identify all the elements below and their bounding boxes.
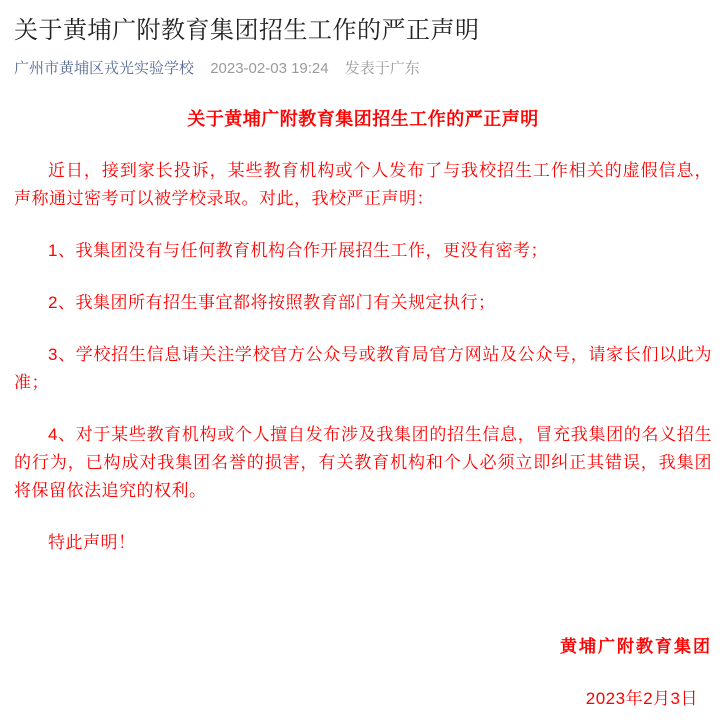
article-title: 关于黄埔广附教育集团招生工作的严正声明	[14, 14, 712, 48]
statement-closing: 特此声明！	[14, 529, 712, 557]
account-name-link[interactable]: 广州市黄埔区戎光实验学校	[14, 60, 194, 77]
statement-intro-paragraph: 近日，接到家长投诉，某些教育机构或个人发布了与我校招生工作相关的虚假信息，声称通…	[14, 157, 712, 213]
blank-line	[14, 581, 712, 609]
publish-location: 发表于广东	[345, 60, 420, 77]
article-content: 关于黄埔广附教育集团招生工作的严正声明 近日，接到家长投诉，某些教育机构或个人发…	[14, 105, 712, 713]
statement-heading: 关于黄埔广附教育集团招生工作的严正声明	[14, 105, 712, 133]
statement-item-3: 3、学校招生信息请关注学校官方公众号或教育局官方网站及公众号，请家长们以此为准；	[14, 341, 712, 397]
signature: 黄埔广附教育集团	[14, 633, 712, 661]
signature-date: 2023年2月3日	[14, 685, 712, 713]
statement-item-4: 4、对于某些教育机构或个人擅自发布涉及我集团的招生信息，冒充我集团的名义招生的行…	[14, 421, 712, 505]
publish-time: 2023-02-03 19:24	[210, 60, 328, 77]
article-page: 关于黄埔广附教育集团招生工作的严正声明 广州市黄埔区戎光实验学校 2023-02…	[0, 0, 726, 727]
statement-item-2: 2、我集团所有招生事宜都将按照教育部门有关规定执行；	[14, 289, 712, 317]
statement-item-1: 1、我集团没有与任何教育机构合作开展招生工作，更没有密考；	[14, 237, 712, 265]
article-meta: 广州市黄埔区戎光实验学校 2023-02-03 19:24 发表于广东	[14, 58, 712, 79]
